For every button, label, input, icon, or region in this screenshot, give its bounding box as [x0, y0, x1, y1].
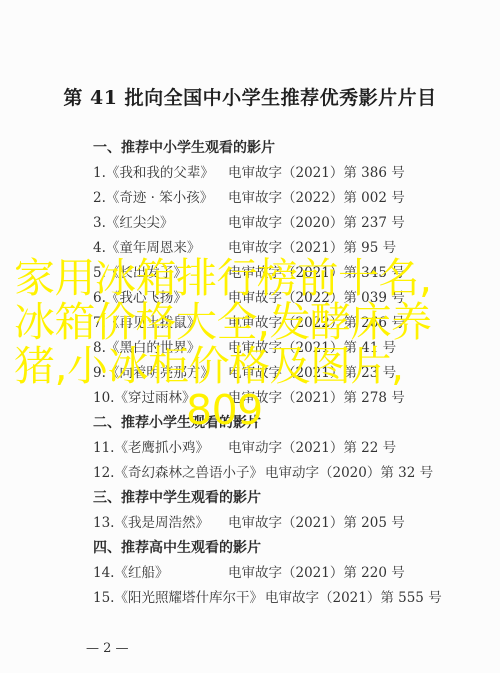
watermark-overlay: 家用冰箱排行榜前十名, 冰箱价格大全,发酵床养 猪,小冰柜价格及图片, 809 [14, 256, 494, 432]
list-item: 13.《我是周浩然》 电审故字（2021）第 205 号 [93, 511, 209, 535]
item-title: 《奇迹 · 笨小孩》 [106, 186, 213, 210]
item-number: 14. [93, 561, 114, 585]
item-number: 12. [93, 461, 114, 485]
item-code: 电审故字（2021）第 555 号 [265, 590, 442, 606]
list-item: 12.《奇幻森林之兽语小子》电审动字（2020）第 32 号 [93, 461, 433, 485]
item-number: 1. [93, 161, 106, 185]
item-title: 《我是周浩然》 [114, 511, 209, 535]
overlay-line: 家用冰箱排行榜前十名, [14, 256, 494, 300]
overlay-line: 冰箱价格大全,发酵床养 [14, 300, 494, 344]
list-item: 1.《我和我的父辈》 电审故字（2021）第 386 号 [93, 161, 214, 185]
overlay-line: 猪,小冰柜价格及图片, [14, 344, 494, 388]
item-code: 电审动字（2020）第 32 号 [265, 465, 433, 481]
item-title: 《红尖尖》 [106, 211, 174, 235]
item-number: 11. [93, 436, 114, 460]
document-page: 第 41 批向全国中小学生推荐优秀影片片目 一、推荐中小学生观看的影片 1.《我… [0, 0, 500, 673]
item-number: 13. [93, 511, 114, 535]
overlay-number: 809 [14, 388, 494, 432]
section-heading: 四、推荐高中生观看的影片 [93, 536, 261, 560]
item-code: 电审故字（2021）第 220 号 [228, 561, 405, 585]
list-item: 14.《红船》 电审故字（2021）第 220 号 [93, 561, 168, 585]
item-title: 《老鹰抓小鸡》 [114, 436, 209, 460]
item-number: 2. [93, 186, 106, 210]
item-code: 电审故字（2022）第 002 号 [228, 186, 405, 210]
item-code: 电审动字（2021）第 22 号 [228, 436, 396, 460]
item-number: 15. [93, 586, 114, 610]
page-number: — 2 — [86, 641, 129, 656]
section-heading: 一、推荐中小学生观看的影片 [93, 136, 275, 160]
item-title: 《奇幻森林之兽语小子》 [114, 461, 263, 485]
item-code: 电审故字（2021）第 386 号 [228, 161, 405, 185]
list-item: 2.《奇迹 · 笨小孩》 电审故字（2022）第 002 号 [93, 186, 213, 210]
item-code: 电审故字（2021）第 205 号 [228, 511, 405, 535]
document-title: 第 41 批向全国中小学生推荐优秀影片片目 [0, 83, 500, 110]
item-title: 《阳光照耀塔什库尔干》 [114, 586, 263, 610]
item-title: 《我和我的父辈》 [106, 161, 214, 185]
section-heading: 三、推荐中学生观看的影片 [93, 486, 261, 510]
item-number: 3. [93, 211, 106, 235]
list-item: 15.《阳光照耀塔什库尔干》电审故字（2021）第 555 号 [93, 586, 442, 610]
list-item: 11.《老鹰抓小鸡》 电审动字（2021）第 22 号 [93, 436, 209, 460]
list-item: 3.《红尖尖》 电审故字（2020）第 237 号 [93, 211, 173, 235]
item-code: 电审故字（2020）第 237 号 [228, 211, 405, 235]
item-title: 《红船》 [114, 561, 168, 585]
